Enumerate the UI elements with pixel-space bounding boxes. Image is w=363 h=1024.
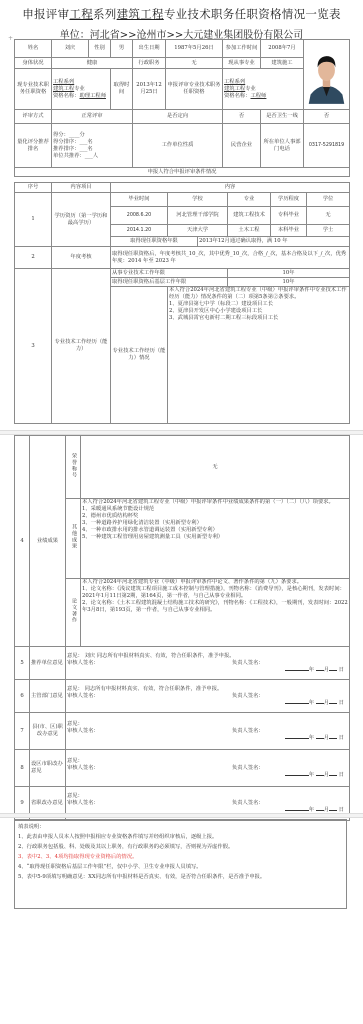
qual-years-value: 2013年12月通过确认取得，满 10 年 [198, 237, 350, 247]
opinion-text[interactable]: 意见： 同志所有申报材料真实、有效，符合任职条件，准予申报。 [67, 686, 348, 693]
cur-qual-spec-suffix: 专业 [74, 86, 85, 92]
cur-qual-label: 现专业技术职务任职资格 [15, 69, 52, 110]
opinion-row: 8 设区市职改办意见 意见： 审核人签名：负责人签名： 年 月 日 [15, 750, 350, 787]
honor-label: 荣誉称号 [66, 436, 81, 499]
note-item: 2、行政职务包括股、科、处级及其以上职务，有行政职务的必须填写，否则视为弄虚作假… [18, 842, 343, 852]
opinion-text[interactable]: 意见： [67, 721, 348, 728]
current-spec-value: 建筑施工 [261, 58, 304, 69]
assessment-item: 年度考核 [52, 247, 111, 269]
other-entry: 1、采暖通风系统节能设计规范 [82, 506, 348, 513]
score-line: 得分：____分 [53, 132, 131, 139]
recommend-total-line: 单位共推荐：___人 [53, 153, 131, 160]
photo-cell [304, 40, 350, 110]
honor-label-text: 荣誉称号 [70, 453, 77, 478]
gender-value: 男 [111, 40, 133, 58]
hr-phone-label: 所在单位人事部门电话 [261, 124, 304, 168]
apply-qual-spec: 建筑工程 [224, 86, 245, 92]
opinion-row: 7 县(市、区)职改办意见 意见： 审核人签名：负责人签名： 年 月 日 [15, 713, 350, 750]
opinion-text[interactable]: 意见： [67, 793, 348, 800]
paper-label-text: 论文著作 [70, 598, 77, 623]
other-intro: 本人符合2024年河北省建筑工程专业（中级）申报评审条件中业绩成果条件的第（一）… [82, 499, 348, 506]
name-value: 刘庆 [52, 40, 89, 58]
opinion-no: 8 [15, 750, 30, 787]
score-value: 得分：____分 得分排序：___名 推荐排序：___名 单位共推荐：___人 [52, 124, 133, 168]
opinion-content: 意见： 审核人签名：负责人签名： 年 月 日 [66, 750, 350, 787]
cur-qual-spec: 建筑工程 [53, 86, 74, 92]
reviewer-signature[interactable]: 审核人签名： [67, 800, 99, 807]
work-years-value: 10年 [228, 269, 350, 278]
opinion-content: 意见： 同志所有申报材料真实、有效，符合任职条件，准予申报。 审核人签名：负责人… [66, 680, 350, 713]
opinion-date[interactable]: 年 月 日 [67, 735, 348, 742]
current-spec-label: 现从事专业 [223, 58, 261, 69]
work-years-label: 从事专业技术工作年限 [111, 269, 228, 278]
note-item: 5、表中5-9项填写明确意见：XX同志所有申报材料是否真实、有效，是否符合任职条… [18, 872, 343, 882]
directed-value: 否 [223, 110, 261, 124]
edu-cell: 天津大学 [168, 225, 228, 237]
opinion-no: 6 [15, 680, 30, 713]
gender-label: 性别 [89, 40, 111, 58]
title-mid: 系列 [93, 7, 117, 21]
admin-post-label: 行政职务 [133, 58, 166, 69]
directed-label: 是否定向 [133, 110, 223, 124]
unit-nature-value: 民营企业 [223, 124, 261, 168]
filling-instructions: 填表说明： 1、此表由申报人员本人按照申报相应专业资格条件填写并经组织审核后，逐… [14, 819, 347, 909]
reviewer-signature[interactable]: 审核人签名： [67, 728, 99, 735]
leader-signature[interactable]: 负责人签名： [232, 728, 264, 735]
edu-cell: 学士 [307, 225, 350, 237]
note-item: 1、此表由申报人员本人按照申报相应专业资格条件填写并经组织审核后，逐级上报。 [18, 832, 343, 842]
applicant-table: 姓名 刘庆 性别 男 出生日期 1987年5月26日 参加工作时间 2008年7… [14, 39, 350, 177]
edu-cell: 无 [307, 207, 350, 225]
grassroots-years-label: 取得现任职资格后基层工作年限 [111, 278, 228, 287]
other-label: 其他成果 [66, 499, 81, 579]
edu-header: 专业 [228, 193, 271, 207]
other-entry: 3、一种道路养护用绿化清洁装置（实用新型专利） [82, 520, 348, 527]
conditions-table: 序号 内容项目 内容 1 学历资历（第一学历和最高学历） 毕业时间 学校 专业 … [14, 182, 350, 424]
cur-qual-series: 工程系列 [53, 79, 74, 85]
frontline-label: 是否卫生一线 [261, 110, 304, 124]
apply-qual-series: 工程系列 [224, 79, 245, 85]
other-entry: 4、一种市政排水用的排水管道调运装置（实用新型专利） [82, 527, 348, 534]
opinion-no: 5 [15, 647, 30, 680]
reviewer-signature[interactable]: 审核人签名： [67, 660, 99, 667]
apply-qual-value: 工程系列 建筑工程专业 资格名称：工程师 [223, 69, 304, 110]
experience-entry: 3、武城县霄官屯新村二期工程三标段项目工长 [169, 315, 348, 322]
other-entry: 2、德州市优质结构杯奖 [82, 513, 348, 520]
score-label: 量化评分推荐排名 [15, 124, 52, 168]
opinion-row: 5 推荐单位意见 意见： 刘庆 同志所有申报材料真实、有效，符合任职条件，准予申… [15, 647, 350, 680]
review-mode-label: 评审方式 [15, 110, 52, 124]
experience-sub-label: 专业技术工作经历（能力）情况 [111, 287, 168, 424]
document-title: 申报评审工程系列建筑工程专业技术职务任职资格情况一览表 [0, 6, 363, 22]
work-start-value: 2008年7月 [261, 40, 304, 58]
page-break [0, 813, 363, 818]
series: 工程 [69, 7, 93, 21]
title-suffix: 专业技术职务任职资格情况一览表 [164, 7, 341, 21]
assessment-no: 2 [15, 247, 52, 269]
assessment-text: 取得现任职资格后，年度考核共_10_次，其中优秀_10_次，合格_/_次，基本合… [111, 247, 350, 269]
reviewer-signature[interactable]: 审核人签名： [67, 693, 99, 700]
edu-cell: 河北管理干部学院 [168, 207, 228, 225]
cur-qual-name: 助理工程师 [80, 93, 107, 99]
notes-title: 填表说明： [18, 822, 343, 832]
recommend-rank-line: 推荐排序：___名 [53, 146, 131, 153]
apply-qual-name: 工程师 [251, 93, 267, 99]
leader-signature[interactable]: 负责人签名： [232, 765, 264, 772]
work-start-label: 参加工作时间 [223, 40, 261, 58]
name-label: 姓名 [15, 40, 52, 58]
paper-label: 论文著作 [66, 579, 81, 647]
opinion-date[interactable]: 年 月 日 [67, 667, 348, 674]
hr-phone-value: 0317-5291819 [304, 124, 350, 168]
experience-entry: 1、夏津县第七中学（标段二）建设项目工长 [169, 301, 348, 308]
experience-details: 本人符合2024年河北省建筑工程专业（中级）申报评审条件中专业技术工作经历（能力… [168, 287, 350, 424]
edu-header: 学历程度 [271, 193, 307, 207]
edu-header: 毕业时间 [111, 193, 168, 207]
applicant-photo [305, 40, 348, 106]
opinion-row: 6 主管部门意见 意见： 同志所有申报材料真实、有效，符合任职条件，准予申报。 … [15, 680, 350, 713]
other-entry: 5、一种建筑工程管理用房屋建筑测量工具（实用新型专利） [82, 534, 348, 541]
experience-item: 专业技术工作经历（能力） [52, 269, 111, 424]
table-move-handle[interactable]: + [8, 35, 13, 42]
leader-signature[interactable]: 负责人签名： [232, 660, 264, 667]
edu-header: 学位 [307, 193, 350, 207]
edu-header: 学校 [168, 193, 228, 207]
edu-cell: 建筑工程技术 [228, 207, 271, 225]
birth-value: 1987年5月26日 [166, 40, 223, 58]
opinion-text[interactable]: 意见： [67, 758, 348, 765]
cur-qual-name-label: 资格名称： [53, 93, 80, 99]
note-item: 4、“取得现任职资格后基层工作年限”栏，仅中小学、卫生专业申报人员填写。 [18, 862, 343, 872]
other-label-text: 其他成果 [70, 524, 77, 549]
apply-qual-spec-suffix: 专业 [245, 86, 256, 92]
note-item-highlight: 3、表中2、3、4项均指取得现专业资格后的情况。 [18, 852, 343, 862]
opinion-content: 意见： 审核人签名：负责人签名： 年 月 日 [66, 713, 350, 750]
paper-intro: 本人符合2024年河北省建筑专业（中级）申报评审条件中论文、著作条件的第（九）条… [82, 579, 348, 586]
health-label: 身体状况 [15, 58, 52, 69]
opinion-label: 设区市职改办意见 [30, 750, 66, 787]
opinion-label: 县(市、区)职改办意见 [30, 713, 66, 750]
opinion-date[interactable]: 年 月 日 [67, 700, 348, 707]
paper-entry: 2、论文名称：《土木工程建筑混凝土结构施工技术的研究》，刊物名称：《工程技术》，… [82, 600, 348, 614]
edu-cell: 本科毕业 [271, 225, 307, 237]
edu-cell: 2008.6.20 [111, 207, 168, 225]
leader-signature[interactable]: 负责人签名： [232, 800, 264, 807]
col-content: 内容 [111, 183, 350, 193]
edu-cell: 2014.1.20 [111, 225, 168, 237]
opinion-label: 推荐单位意见 [30, 647, 66, 680]
opinion-text[interactable]: 意见： 刘庆 同志所有申报材料真实、有效，符合任职条件，准予申报。 [67, 653, 348, 660]
honor-value: 无 [81, 436, 350, 499]
obtain-time-value: 2013年12月25日 [133, 69, 166, 110]
conditions-section-title: 申报人符合申报评审条件情况 [15, 168, 350, 177]
edu-no: 1 [15, 193, 52, 247]
opinion-content: 意见： 刘庆 同志所有申报材料真实、有效，符合任职条件，准予申报。 审核人签名：… [66, 647, 350, 680]
specialty: 建筑工程 [117, 7, 164, 21]
birth-label: 出生日期 [133, 40, 166, 58]
opinion-no: 7 [15, 713, 30, 750]
edu-item: 学历资历（第一学历和最高学历） [52, 193, 111, 247]
achievement-item: 业绩成果 [30, 436, 66, 647]
edu-cell: 专科毕业 [271, 207, 307, 225]
apply-qual-label: 申报评审专业技术职务任职资格 [166, 69, 223, 110]
leader-signature[interactable]: 负责人签名： [232, 693, 264, 700]
col-item: 内容项目 [52, 183, 111, 193]
experience-no: 3 [15, 269, 52, 424]
obtain-time-label: 取得时间 [111, 69, 133, 110]
health-value: 健康 [52, 58, 133, 69]
score-rank-line: 得分排序：___名 [53, 139, 131, 146]
opinion-label: 主管部门意见 [30, 680, 66, 713]
edu-cell: 土木工程 [228, 225, 271, 237]
experience-intro: 本人符合2024年河北省建筑工程专业（中级）申报评审条件中专业技术工作经历（能力… [169, 287, 348, 301]
reviewer-signature[interactable]: 审核人签名： [67, 765, 99, 772]
paper-details: 本人符合2024年河北省建筑专业（中级）申报评审条件中论文、著作条件的第（九）条… [81, 579, 350, 647]
unit-nature-label: 工作单位性质 [133, 124, 223, 168]
paper-entry: 1、论文名称：《浅议建筑工程项目施工成本控制与管理措施》，刊物名称：《消费导刊》… [82, 586, 348, 600]
experience-entry: 2、夏津县开发区中心小学建设项目工长 [169, 308, 348, 315]
grassroots-years-value: 10年 [228, 278, 350, 287]
achievement-no: 4 [15, 436, 30, 647]
qual-years-label: 取得现任职资格年限 [111, 237, 198, 247]
cur-qual-value: 工程系列 建筑工程专业 资格名称：助理工程师 [52, 69, 111, 110]
frontline-value: 否 [304, 110, 350, 124]
opinion-date[interactable]: 年 月 日 [67, 772, 348, 779]
other-achievements: 本人符合2024年河北省建筑工程专业（中级）申报评审条件中业绩成果条件的第（一）… [81, 499, 350, 579]
review-mode-value: 正常评审 [52, 110, 133, 124]
title-prefix: 申报评审 [22, 7, 69, 21]
apply-qual-name-label: 资格名称： [224, 93, 251, 99]
col-no: 序号 [15, 183, 52, 193]
achievements-table: 4 业绩成果 荣誉称号 无 其他成果 本人符合2024年河北省建筑工程专业（中级… [14, 435, 350, 821]
admin-post-value: 无 [166, 58, 223, 69]
